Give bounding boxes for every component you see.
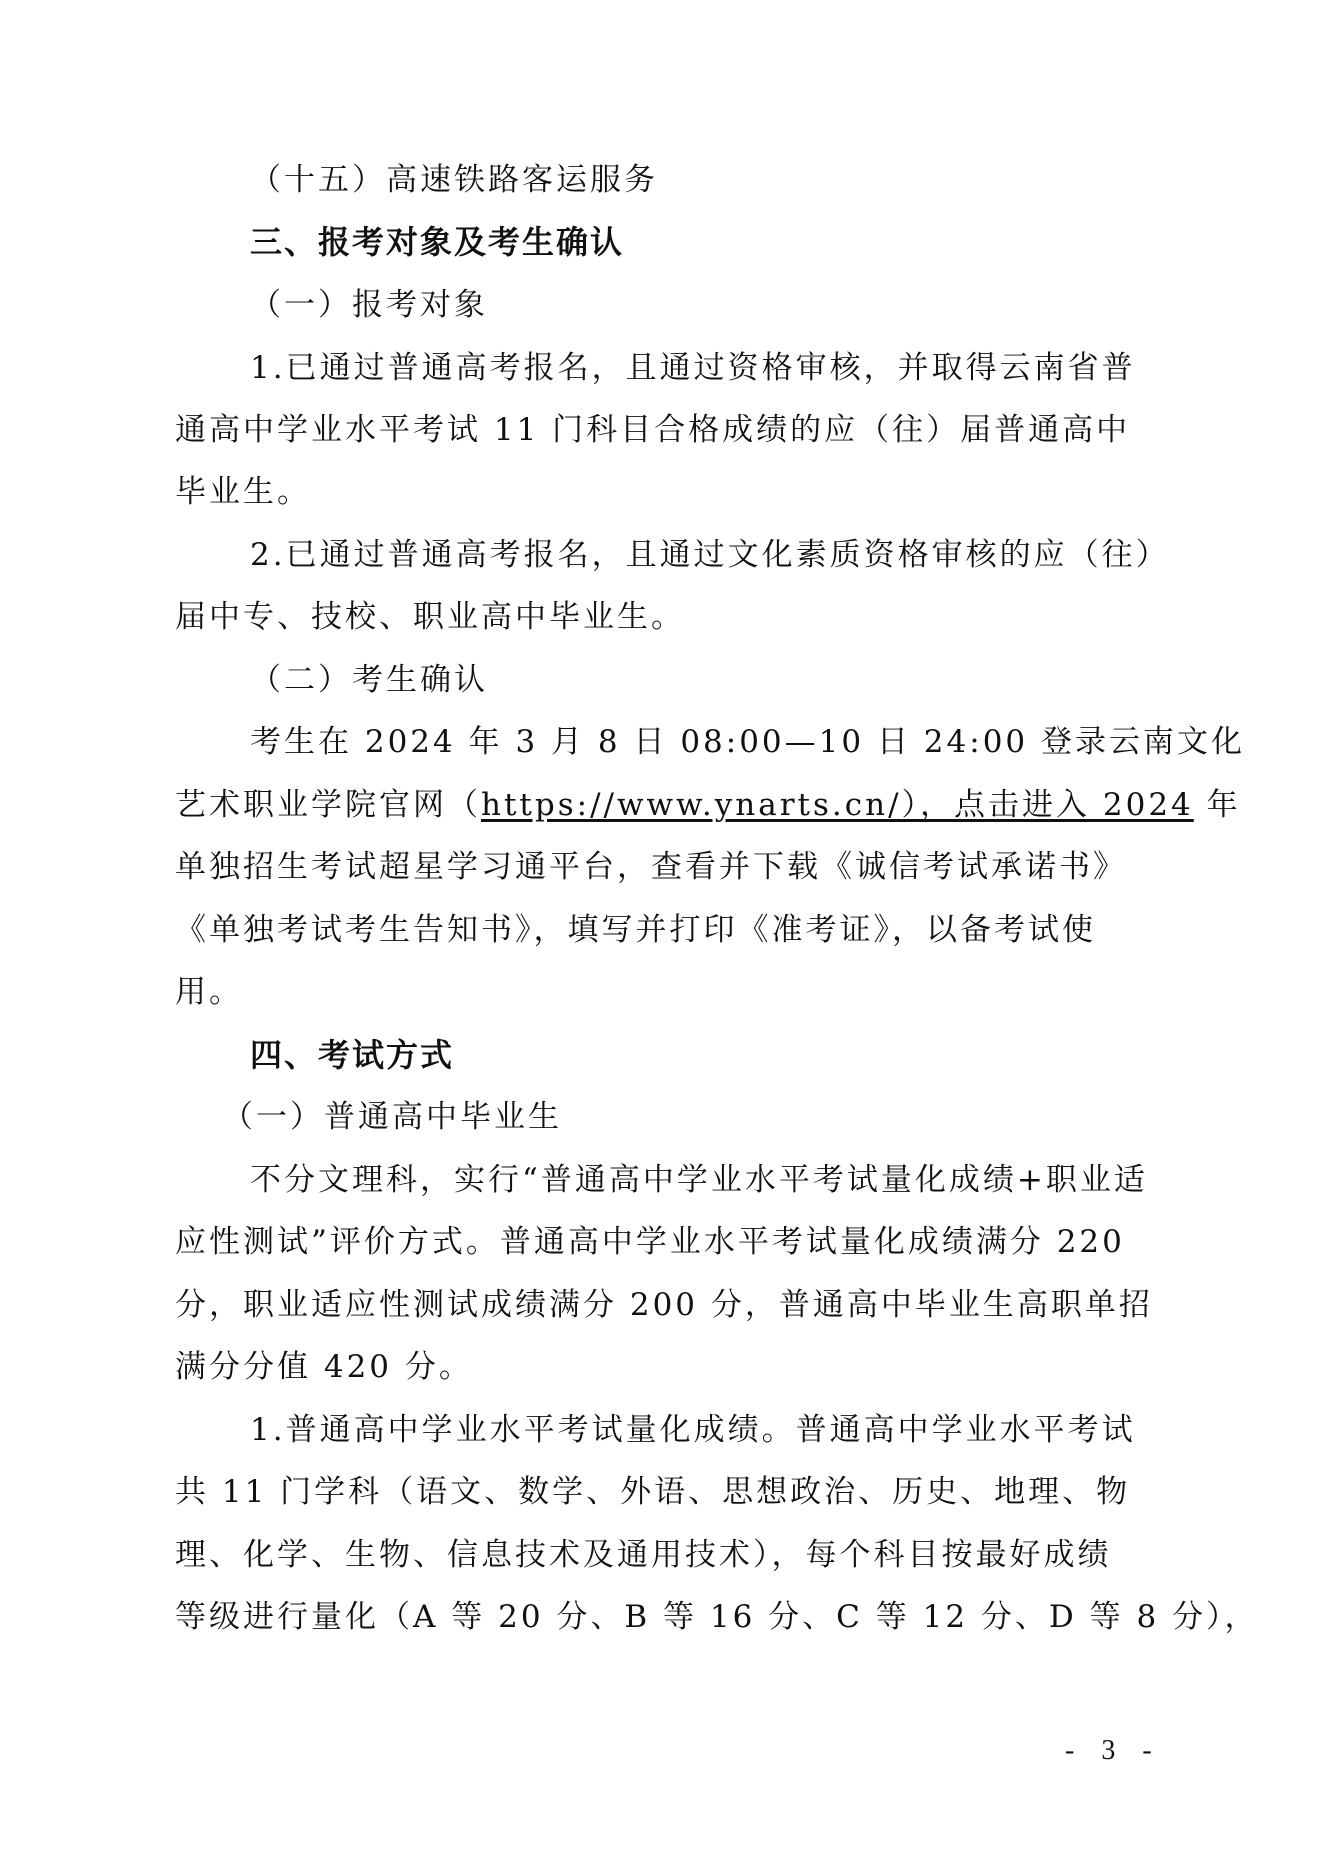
- paragraph-line: 等级进行量化（A 等 20 分、B 等 16 分、C 等 12 分、D 等 8 …: [175, 1597, 1259, 1637]
- paragraph-line: 届中专、技校、职业高中毕业生。: [175, 597, 685, 637]
- paragraph-line: 毕业生。: [175, 472, 311, 512]
- website-link[interactable]: https://www.ynarts.cn/），点击进入 2024: [481, 787, 1194, 823]
- subheading-high-school-graduates: （一）普通高中毕业生: [222, 1097, 562, 1137]
- paragraph-line: 1.已通过普通高考报名，且通过资格审核，并取得云南省普: [250, 348, 1136, 388]
- paragraph-line: 单独招生考试超星学习通平台，查看并下载《诚信考试承诺书》: [175, 847, 1127, 887]
- paragraph-line: 通高中学业水平考试 11 门科目合格成绩的应（往）届普通高中: [175, 410, 1130, 450]
- paragraph-line: 不分文理科，实行“普通高中学业水平考试量化成绩+职业适: [250, 1160, 1148, 1200]
- paragraph-line: 满分分值 420 分。: [175, 1347, 473, 1387]
- paragraph-text: 年: [1194, 787, 1241, 823]
- paragraph-line: 共 11 门学科（语文、数学、外语、思想政治、历史、地理、物: [175, 1472, 1130, 1512]
- paragraph-line: 2.已通过普通高考报名，且通过文化素质资格审核的应（往）: [250, 535, 1170, 575]
- paragraph-line: 应性测试”评价方式。普通高中学业水平考试量化成绩满分 220: [175, 1222, 1125, 1262]
- paragraph-line: 考生在 2024 年 3 月 8 日 08:00—10 日 24:00 登录云南…: [250, 722, 1245, 762]
- section-heading-4: 四、考试方式: [250, 1035, 454, 1075]
- paragraph-line: 1.普通高中学业水平考试量化成绩。普通高中学业水平考试: [250, 1410, 1136, 1450]
- paragraph-line-with-link: 艺术职业学院官网（https://www.ynarts.cn/），点击进入 20…: [175, 785, 1241, 825]
- paragraph-line: 《单独考试考生告知书》，填写并打印《准考证》，以备考试使: [175, 910, 1096, 950]
- section-heading-3: 三、报考对象及考生确认: [250, 222, 624, 262]
- paragraph-line: 理、化学、生物、信息技术及通用技术），每个科目按最好成绩: [175, 1535, 1112, 1575]
- paragraph-line: 分，职业适应性测试成绩满分 200 分，普通高中毕业生高职单招: [175, 1285, 1153, 1325]
- page-number: - 3 -: [1065, 1735, 1162, 1767]
- paragraph-line: 用。: [175, 972, 243, 1012]
- subheading-applicants: （一）报考对象: [250, 285, 488, 325]
- subheading-candidate-confirmation: （二）考生确认: [250, 660, 488, 700]
- subheading-high-speed-rail: （十五）高速铁路客运服务: [250, 160, 658, 200]
- paragraph-text: 艺术职业学院官网（: [175, 787, 481, 823]
- document-page: （十五）高速铁路客运服务 三、报考对象及考生确认 （一）报考对象 1.已通过普通…: [0, 0, 1323, 1871]
